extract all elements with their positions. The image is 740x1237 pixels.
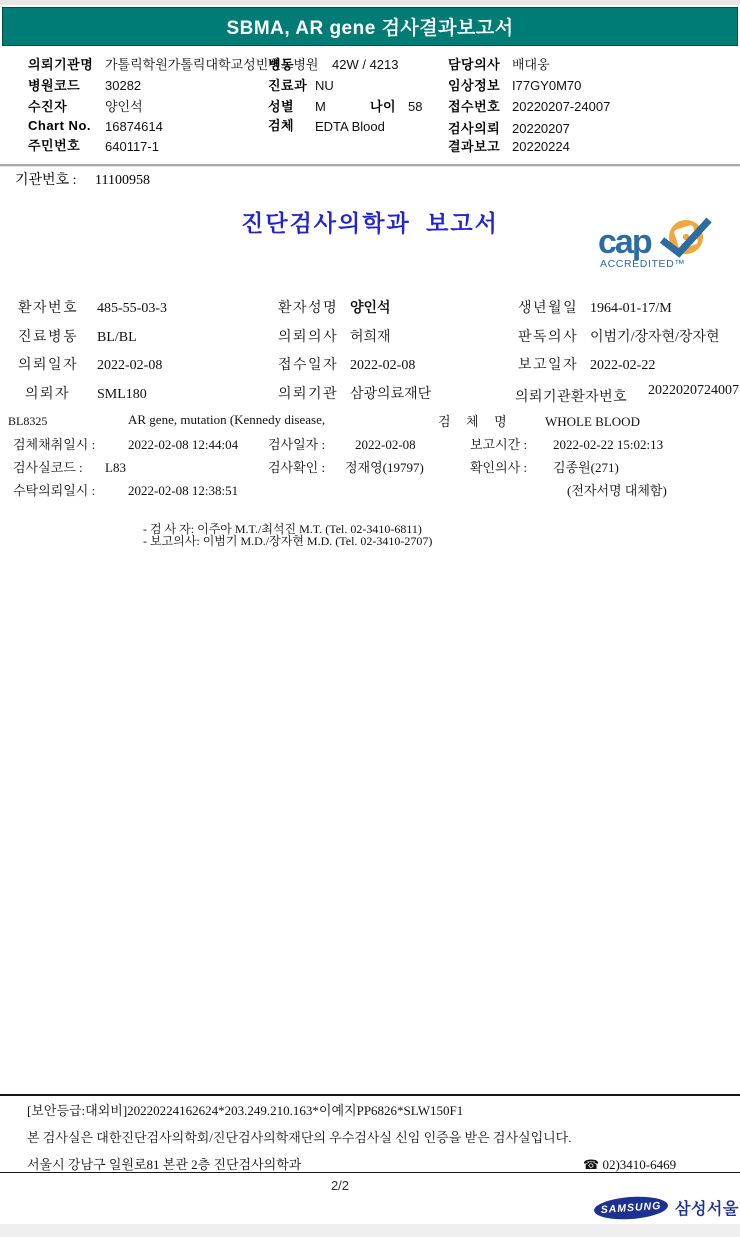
request-date-label: 검사의뢰 [448, 121, 500, 137]
care-ward-label: 진료병동 [18, 330, 78, 347]
footer-bottom-line [0, 1172, 740, 1173]
institution-number-value: 11100958 [95, 173, 150, 190]
receipt-date-label: 접수일자 [278, 358, 338, 375]
requesting-doctor-value: 허희재 [350, 330, 391, 347]
birth-date-value: 1964-01-17/M [590, 301, 672, 318]
result-report-value: 20220224 [512, 139, 570, 155]
chart-no-value: 16874614 [105, 119, 163, 135]
report-header-bar: SBMA, AR gene 검사결과보고서 [2, 7, 738, 46]
accession-no-label: 접수번호 [448, 99, 500, 115]
certification-line: 본 검사실은 대한진단검사의학회/진단검사의학재단의 우수검사실 신임 인증을 … [27, 1130, 572, 1146]
report-time-label: 보고시간 : [470, 437, 527, 453]
clinical-info-label: 임상정보 [448, 78, 500, 94]
report-page: SBMA, AR gene 검사결과보고서 의뢰기관명 가톨릭학원가톨릭대학교성… [0, 0, 740, 1237]
header-divider-line [0, 164, 740, 167]
requesting-org-value: 삼광의료재단 [350, 387, 431, 404]
hospital-code-label: 병원코드 [28, 78, 80, 94]
test-date-label: 검사일자 : [268, 437, 325, 453]
examinee-value: 양인석 [105, 99, 143, 115]
attending-doctor-label: 담당의사 [448, 57, 500, 73]
requesting-doctor-label: 의뢰의사 [278, 330, 338, 347]
samsung-hospital-logo: SAMSUNG 삼성서울병원 [594, 1196, 740, 1219]
consign-datetime-label: 수탁의뢰일시 : [13, 483, 95, 499]
attending-doctor-value: 배대웅 [512, 57, 550, 73]
sex-value: M [315, 99, 326, 115]
birth-date-label: 생년월일 [518, 301, 578, 318]
sex-label: 성별 [268, 99, 294, 115]
receipt-date-value: 2022-02-08 [350, 358, 415, 375]
security-grade-line: [보안등급:대외비]20220224162624*203.249.210.163… [27, 1103, 463, 1119]
org-patient-no-label: 의뢰기관환자번호 [515, 390, 627, 407]
resident-no-value: 640117-1 [105, 139, 159, 155]
test-date-value: 2022-02-08 [355, 437, 416, 453]
specimen-value: EDTA Blood [315, 119, 385, 135]
resident-no-label: 주민번호 [28, 138, 80, 154]
requester-value: SML180 [97, 387, 147, 404]
confirm-doctor-value: 김종원(271) [553, 460, 619, 476]
reading-doctor-label: 판독의사 [518, 330, 578, 347]
patient-no-value: 485-55-03-3 [97, 301, 167, 318]
hospital-name-text: 삼성서울병원 [675, 1196, 740, 1219]
ward-value: 42W / 4213 [332, 57, 399, 73]
patient-name-value: 양인석 [350, 301, 391, 318]
collection-datetime-value: 2022-02-08 12:44:04 [128, 437, 238, 453]
reporting-doctor-contact-line: - 보고의사: 이범기 M.D./장자현 M.D. (Tel. 02-3410-… [143, 534, 432, 548]
lab-code-label: 검사실코드 : [13, 460, 83, 476]
specimen-name-label: 검 체 명 [438, 414, 510, 430]
test-verify-label: 검사확인 : [268, 460, 325, 476]
cap-logo-accredited-text: ACCREDITED™ [600, 258, 685, 270]
phone-line: ☎ 02)3410-6469 [583, 1157, 676, 1173]
department-value: NU [315, 78, 334, 94]
org-patient-no-value: 2022020724007 [648, 383, 740, 398]
hospital-code-value: 30282 [105, 78, 141, 94]
bottom-gray-strip [0, 1224, 740, 1237]
clinical-info-value: I77GY0M70 [512, 78, 581, 94]
test-name: AR gene, mutation (Kennedy disease, [128, 412, 325, 428]
org-name-label: 의뢰기관명 [28, 57, 93, 73]
specimen-label: 검체 [268, 118, 294, 134]
address-line: 서울시 강남구 일원로81 본관 2층 진단검사의학과 [27, 1157, 301, 1173]
cap-accredited-logo: cap ACCREDITED™ [598, 217, 724, 271]
request-date-value: 20220207 [512, 121, 570, 137]
report-date-label: 보고일자 [518, 358, 578, 375]
result-report-label: 결과보고 [448, 139, 500, 155]
test-verify-value: 정재영(19797) [345, 460, 424, 476]
request-date2-value: 2022-02-08 [97, 358, 162, 375]
care-ward-value: BL/BL [97, 330, 137, 347]
examinee-label: 수진자 [28, 99, 67, 115]
department-label: 진료과 [268, 78, 307, 94]
top-gray-strip [0, 0, 740, 6]
requester-label: 의뢰자 [25, 387, 70, 404]
patient-no-label: 환자번호 [18, 301, 78, 318]
age-label: 나이 [370, 99, 396, 115]
institution-number-label: 기관번호 : [15, 173, 77, 190]
esign-note: (전자서명 대체함) [567, 483, 667, 499]
confirm-doctor-label: 확인의사 : [470, 460, 527, 476]
samsung-ellipse-icon: SAMSUNG [593, 1194, 668, 1221]
samsung-wordmark: SAMSUNG [600, 1199, 661, 1215]
chart-no-label: Chart No. [28, 118, 91, 134]
collection-datetime-label: 검체채취일시 : [13, 437, 95, 453]
report-date-value: 2022-02-22 [590, 358, 655, 375]
report-main-title: SBMA, AR gene 검사결과보고서 [226, 13, 513, 40]
specimen-name-value: WHOLE BLOOD [545, 414, 640, 430]
cap-logo-word: cap [598, 223, 652, 261]
request-date2-label: 의뢰일자 [18, 358, 78, 375]
page-number: 2/2 [300, 1178, 380, 1193]
reading-doctor-value: 이범기/장자현/장자현 [590, 330, 720, 347]
consign-datetime-value: 2022-02-08 12:38:51 [128, 483, 238, 499]
lab-code-value: L83 [105, 460, 126, 476]
patient-name-label: 환자성명 [278, 301, 338, 318]
accession-no-value: 20220207-24007 [512, 99, 610, 115]
test-code: BL8325 [8, 414, 47, 428]
footer-top-line [0, 1094, 740, 1096]
report-time-value: 2022-02-22 15:02:13 [553, 437, 663, 453]
requesting-org-label: 의뢰기관 [278, 387, 338, 404]
ward-label: 병동 [268, 57, 294, 73]
age-value: 58 [408, 99, 422, 115]
